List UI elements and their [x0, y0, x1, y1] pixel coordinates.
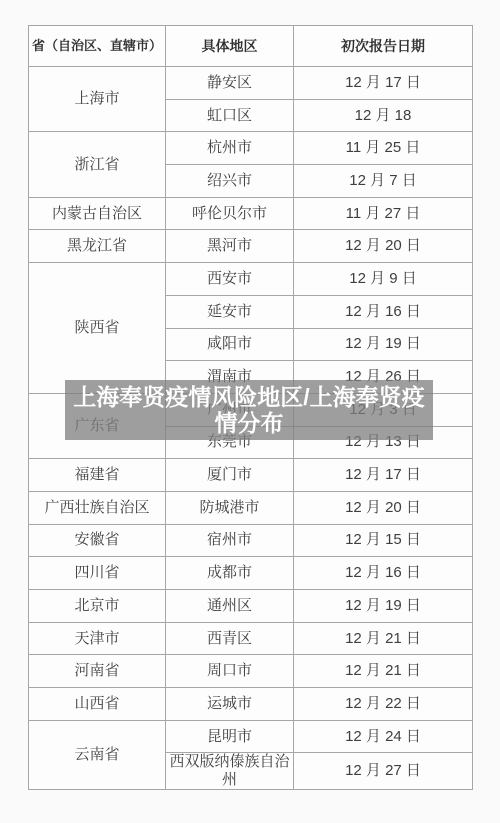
table-row: 云南省昆明市12 月 24 日 — [29, 720, 473, 753]
report-date-cell: 12 月 15 日 — [294, 524, 473, 557]
region-cell: 杭州市 — [166, 132, 294, 165]
province-cell: 陕西省 — [29, 263, 166, 394]
region-cell: 绍兴市 — [166, 165, 294, 198]
region-cell: 成都市 — [166, 557, 294, 590]
table-row: 安徽省宿州市12 月 15 日 — [29, 524, 473, 557]
table-row: 四川省成都市12 月 16 日 — [29, 557, 473, 590]
page: 省（自治区、直辖市） 具体地区 初次报告日期 上海市静安区12 月 17 日虹口… — [0, 0, 500, 823]
report-date-cell: 12 月 19 日 — [294, 590, 473, 623]
region-cell: 防城港市 — [166, 491, 294, 524]
header-province-column: 省（自治区、直辖市） — [29, 26, 166, 67]
table-row: 河南省周口市12 月 21 日 — [29, 655, 473, 688]
report-date-cell: 12 月 19 日 — [294, 328, 473, 361]
report-date-cell: 12 月 20 日 — [294, 230, 473, 263]
province-cell: 安徽省 — [29, 524, 166, 557]
report-date-cell: 12 月 7 日 — [294, 165, 473, 198]
report-date-cell: 11 月 27 日 — [294, 197, 473, 230]
region-cell: 运城市 — [166, 688, 294, 721]
province-cell: 上海市 — [29, 67, 166, 132]
province-cell: 北京市 — [29, 590, 166, 623]
report-date-cell: 12 月 17 日 — [294, 459, 473, 492]
province-cell: 黑龙江省 — [29, 230, 166, 263]
region-cell: 周口市 — [166, 655, 294, 688]
region-cell: 厦门市 — [166, 459, 294, 492]
region-cell: 呼伦贝尔市 — [166, 197, 294, 230]
table-header: 省（自治区、直辖市） 具体地区 初次报告日期 — [29, 26, 473, 67]
province-cell: 山西省 — [29, 688, 166, 721]
region-cell: 延安市 — [166, 295, 294, 328]
region-cell: 昆明市 — [166, 720, 294, 753]
report-date-cell: 12 月 9 日 — [294, 263, 473, 296]
report-date-cell: 12 月 20 日 — [294, 491, 473, 524]
province-cell: 四川省 — [29, 557, 166, 590]
report-date-cell: 12 月 16 日 — [294, 557, 473, 590]
region-cell: 咸阳市 — [166, 328, 294, 361]
region-cell: 西双版纳傣族自治州 — [166, 753, 294, 790]
table-row: 陕西省西安市12 月 9 日 — [29, 263, 473, 296]
region-cell: 黑河市 — [166, 230, 294, 263]
region-cell: 虹口区 — [166, 99, 294, 132]
report-date-cell: 12 月 24 日 — [294, 720, 473, 753]
report-date-cell: 12 月 21 日 — [294, 622, 473, 655]
table-row: 上海市静安区12 月 17 日 — [29, 67, 473, 100]
province-cell: 福建省 — [29, 459, 166, 492]
report-date-cell: 12 月 21 日 — [294, 655, 473, 688]
header-date-column: 初次报告日期 — [294, 26, 473, 67]
table-row: 山西省运城市12 月 22 日 — [29, 688, 473, 721]
report-date-cell: 12 月 16 日 — [294, 295, 473, 328]
report-date-cell: 12 月 18 — [294, 99, 473, 132]
header-region-column: 具体地区 — [166, 26, 294, 67]
report-date-cell: 11 月 25 日 — [294, 132, 473, 165]
table-row: 广西壮族自治区防城港市12 月 20 日 — [29, 491, 473, 524]
province-cell: 天津市 — [29, 622, 166, 655]
region-cell: 通州区 — [166, 590, 294, 623]
region-cell: 西安市 — [166, 263, 294, 296]
table-row: 福建省厦门市12 月 17 日 — [29, 459, 473, 492]
table-row: 北京市通州区12 月 19 日 — [29, 590, 473, 623]
region-cell: 静安区 — [166, 67, 294, 100]
table-row: 黑龙江省黑河市12 月 20 日 — [29, 230, 473, 263]
province-cell: 云南省 — [29, 720, 166, 790]
province-cell: 浙江省 — [29, 132, 166, 197]
region-cell: 宿州市 — [166, 524, 294, 557]
header-row: 省（自治区、直辖市） 具体地区 初次报告日期 — [29, 26, 473, 67]
province-cell: 内蒙古自治区 — [29, 197, 166, 230]
table-row: 天津市西青区12 月 21 日 — [29, 622, 473, 655]
report-date-cell: 12 月 27 日 — [294, 753, 473, 790]
region-cell: 西青区 — [166, 622, 294, 655]
table-row: 浙江省杭州市11 月 25 日 — [29, 132, 473, 165]
table-row: 内蒙古自治区呼伦贝尔市11 月 27 日 — [29, 197, 473, 230]
watermark-title: 上海奉贤疫情风险地区/上海奉贤疫情分布 — [65, 380, 433, 440]
report-date-cell: 12 月 17 日 — [294, 67, 473, 100]
province-cell: 河南省 — [29, 655, 166, 688]
report-date-cell: 12 月 22 日 — [294, 688, 473, 721]
province-cell: 广西壮族自治区 — [29, 491, 166, 524]
